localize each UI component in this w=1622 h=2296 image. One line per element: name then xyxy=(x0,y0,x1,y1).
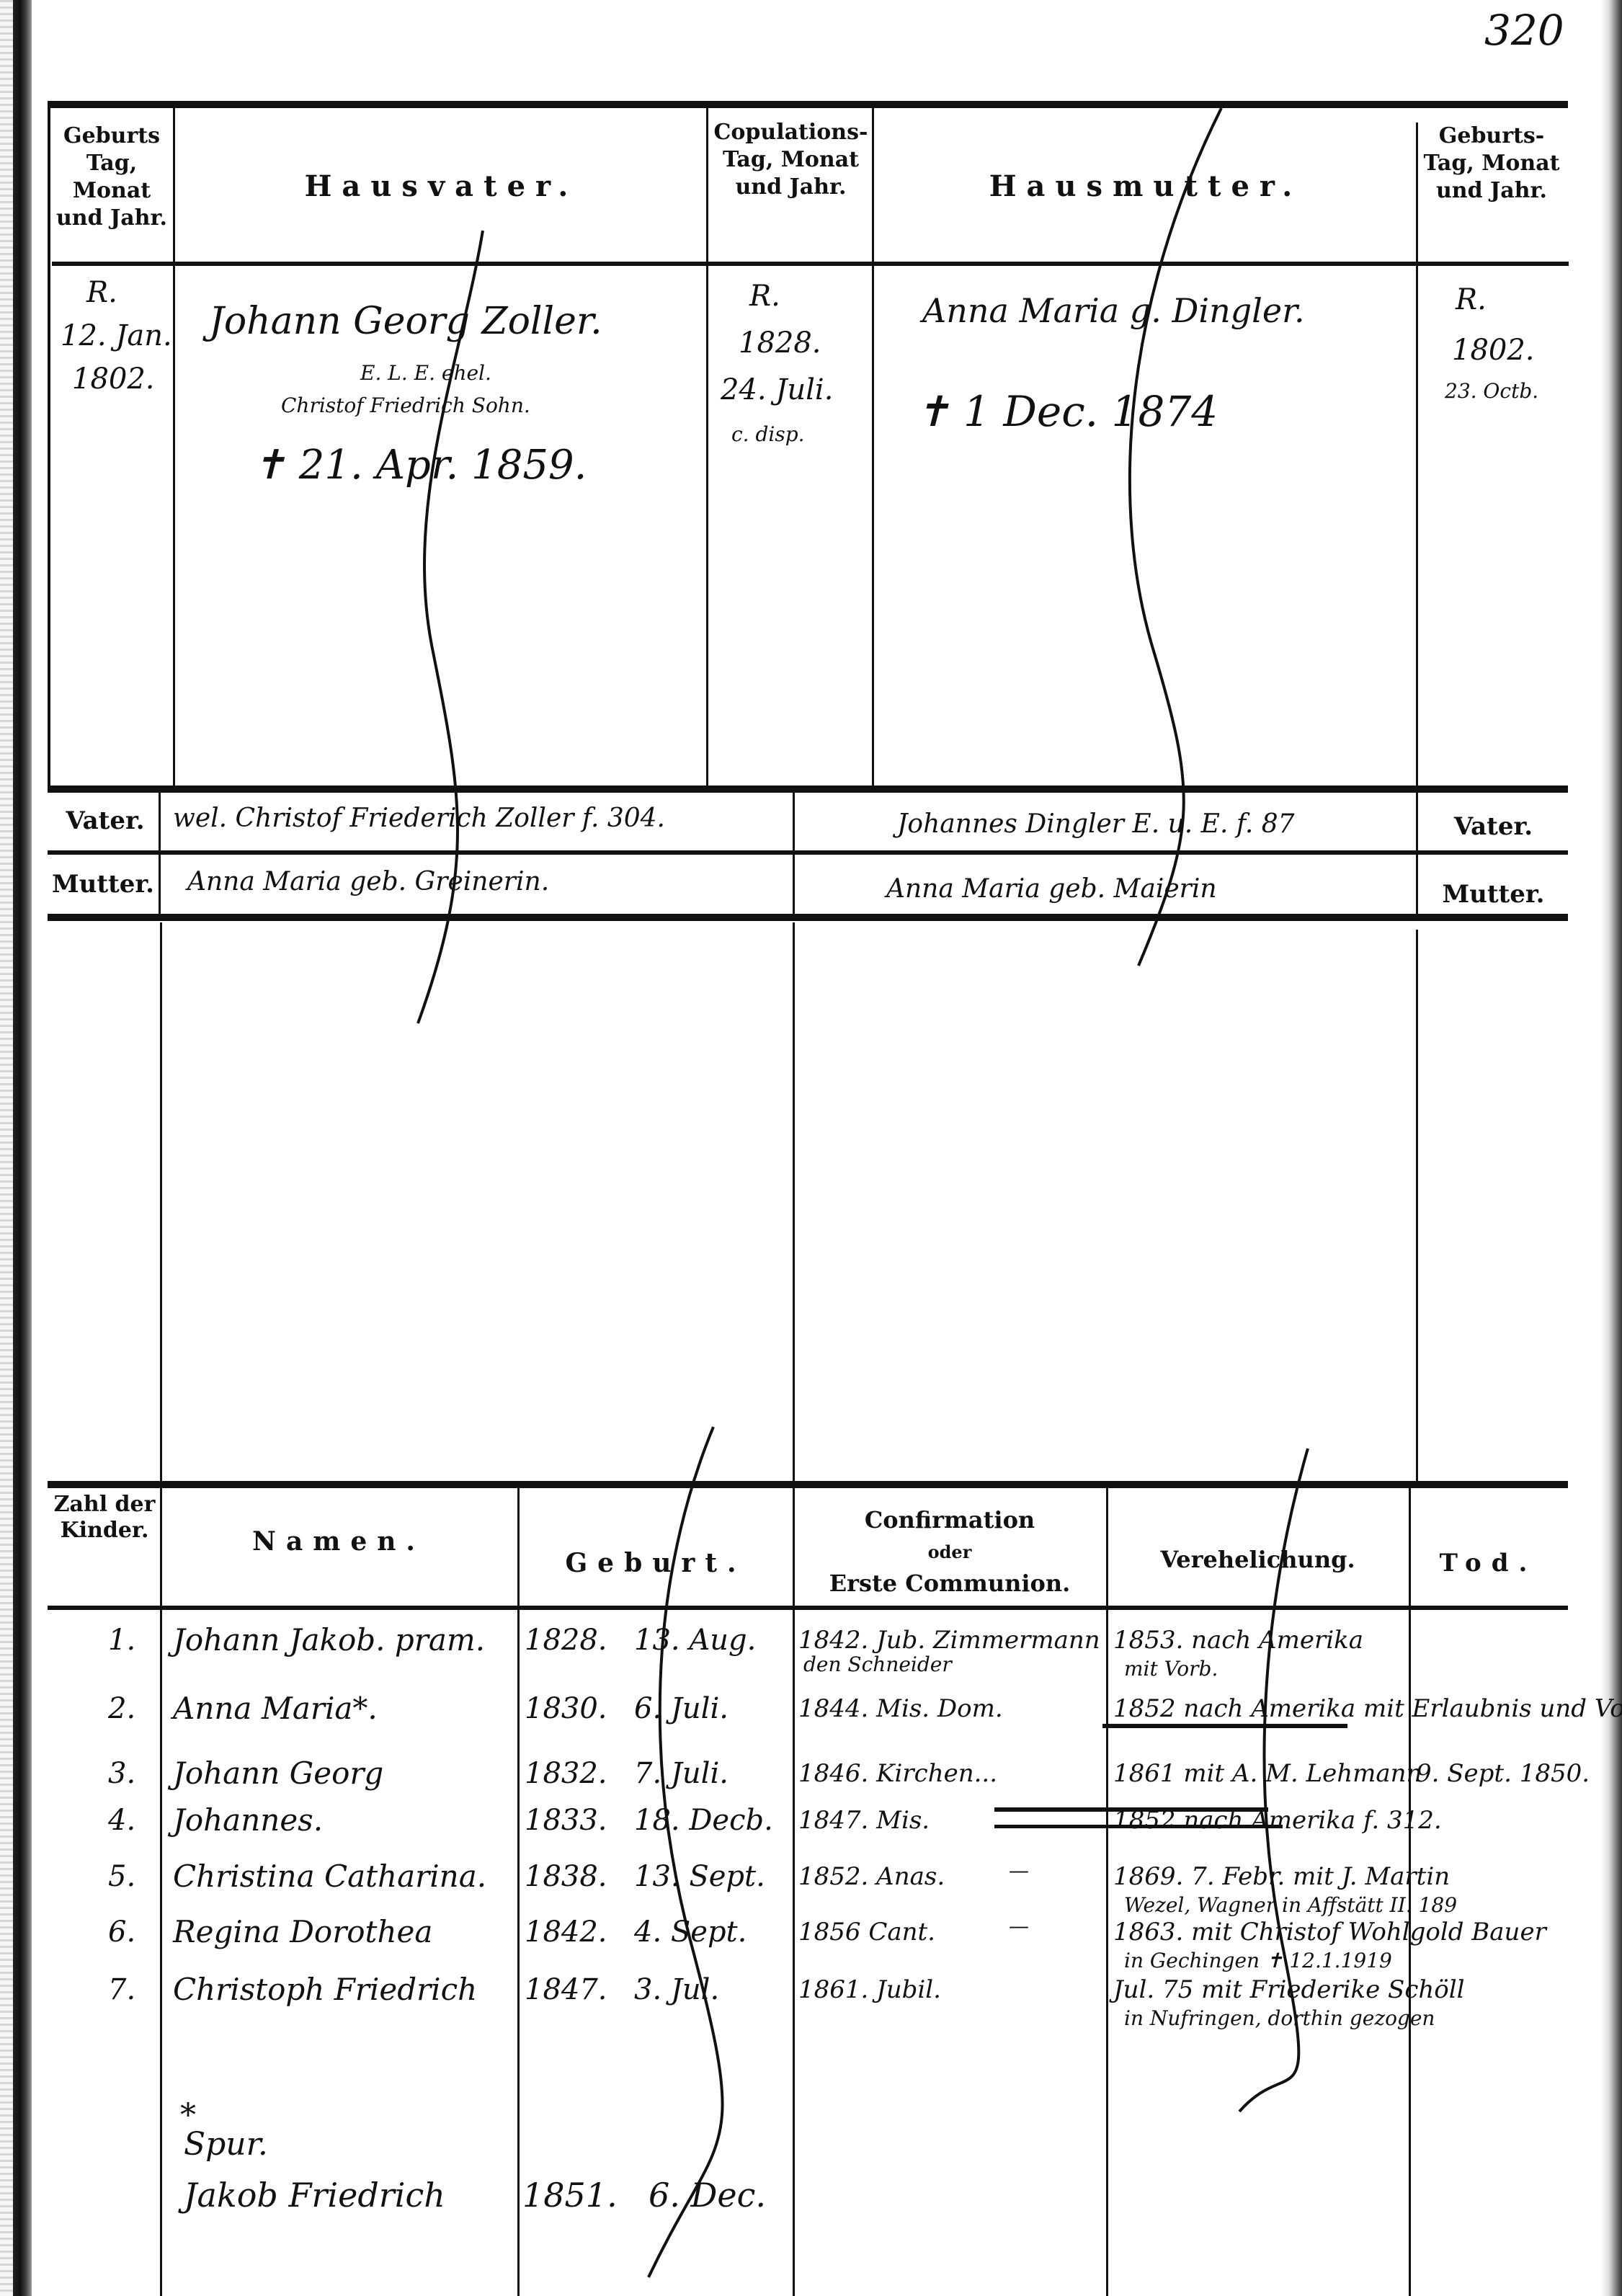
cancellation-strokes xyxy=(0,0,1622,2296)
